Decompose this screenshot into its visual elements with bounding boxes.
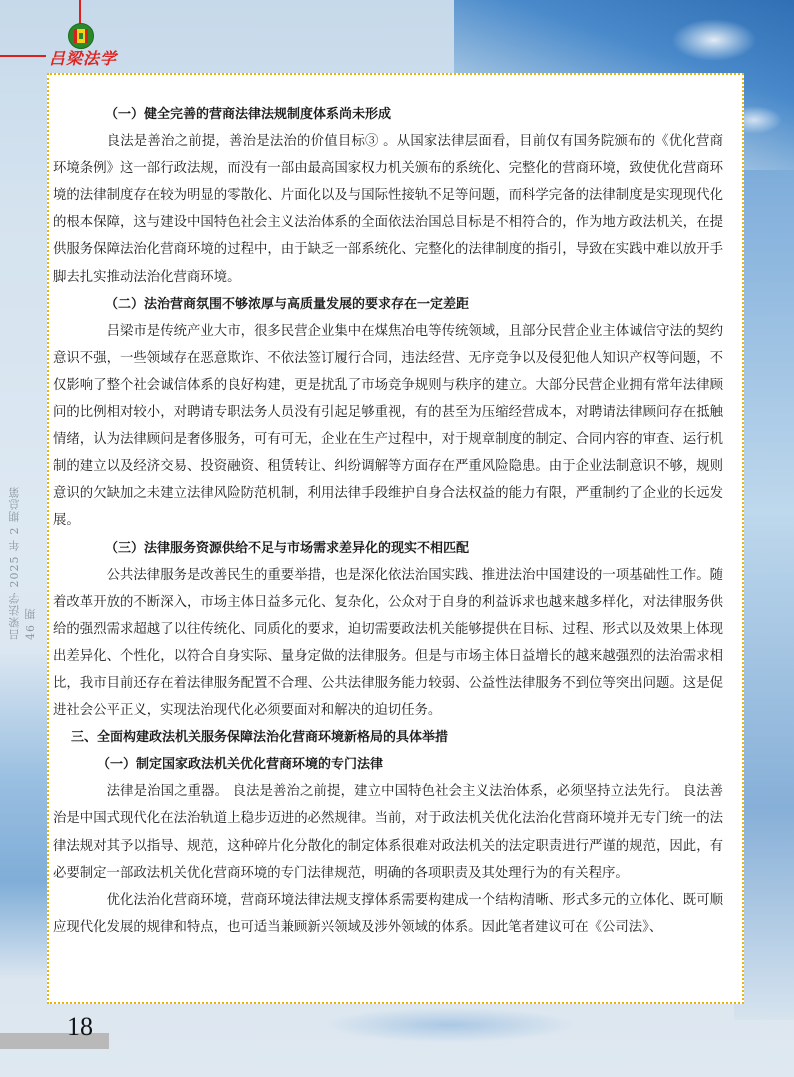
- header-rule-horizontal: [0, 55, 46, 57]
- paragraph-1: 良法是善治之前提，善治是法治的价值目标③ 。从国家法律层面看，目前仅有国务院颁布…: [53, 128, 723, 291]
- subheading-3: （三）法律服务资源供给不足与市场需求差异化的现实不相匹配: [105, 535, 723, 562]
- journal-brand: 吕梁法学: [49, 46, 117, 69]
- subheading-1: （一）健全完善的营商法律法规制度体系尚未形成: [105, 101, 723, 128]
- section-heading-3: 三、全面构建政法机关服务保障法治化营商环境新格局的具体举措: [71, 724, 723, 751]
- paragraph-3: 公共法律服务是改善民生的重要举措，也是深化依法治国实践、推进法治中国建设的一项基…: [53, 562, 723, 725]
- subheading-2: （二）法治营商氛围不够浓厚与高质量发展的要求存在一定差距: [105, 291, 723, 318]
- decorative-wash-bottom: [250, 1005, 650, 1065]
- article-body: （一）健全完善的营商法律法规制度体系尚未形成 良法是善治之前提，善治是法治的价值…: [101, 101, 723, 941]
- paragraph-2: 吕梁市是传统产业大市，很多民营企业集中在煤焦冶电等传统领域，且部分民营企业主体诚…: [53, 318, 723, 535]
- sky-illustration-left: [0, 650, 50, 980]
- subheading-3-1: （一）制定国家政法机关优化营商环境的专门法律: [97, 751, 723, 778]
- paragraph-5: 优化法治化营商环境，营商环境法律法规支撑体系需要构建成一个结构清晰、形式多元的立…: [53, 887, 723, 941]
- issue-side-label: 吕梁法学 2025 年 2 期总第 46 期: [13, 470, 33, 640]
- page-number: 18: [67, 1012, 93, 1042]
- header-rule-vertical: [79, 0, 81, 24]
- paragraph-4: 法律是治国之重器。 良法是善治之前提，建立中国特色社会主义法治体系，必须坚持立法…: [53, 778, 723, 886]
